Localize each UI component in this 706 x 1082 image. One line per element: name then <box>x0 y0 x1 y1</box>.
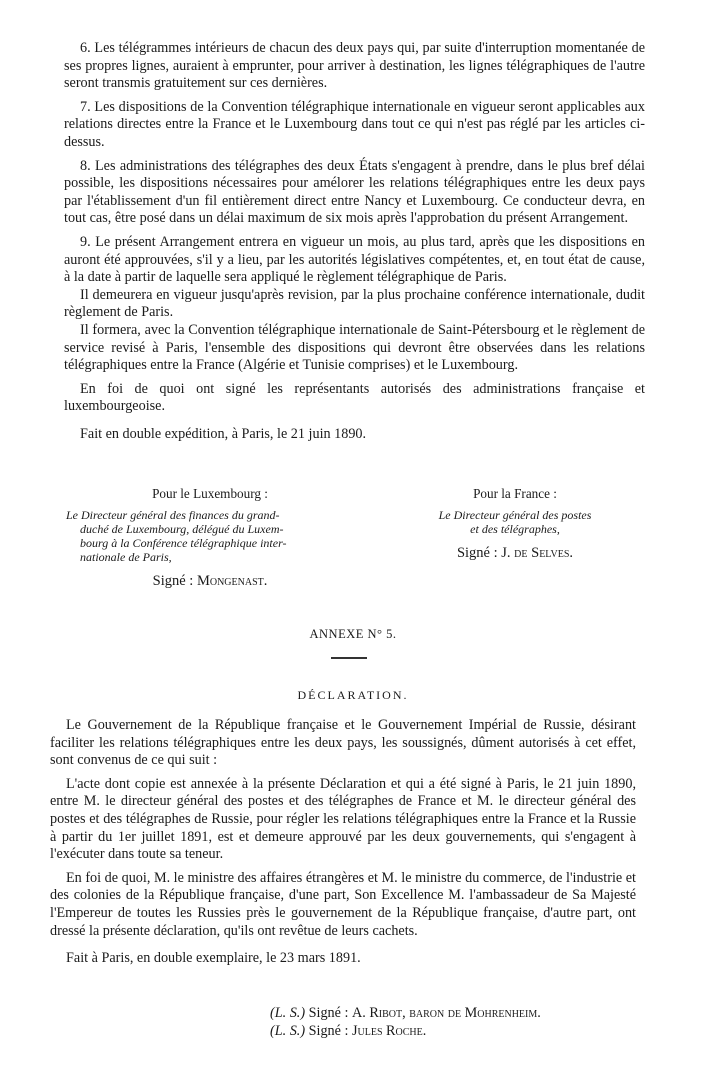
annex-title: ANNEXE N° 5. <box>0 627 706 642</box>
seal-mark: (L. S.) <box>270 1005 305 1021</box>
signatory-role: Le Directeur général des postes et des t… <box>410 508 620 536</box>
signer-name: Mongenast. <box>197 573 267 589</box>
signatory-heading: Pour la France : <box>410 486 620 502</box>
article-number: 6. <box>80 40 91 56</box>
witness-clause: En foi de quoi ont signé les représentan… <box>64 381 645 416</box>
article-text: Les dispositions de la Convention télégr… <box>64 99 645 150</box>
article-text: Le présent Arrangement entrera en vigueu… <box>64 234 645 285</box>
declaration-paragraph: Le Gouvernement de la République françai… <box>50 717 636 770</box>
article-number: 8. <box>80 158 91 174</box>
article-9-continuation-2: Il formera, avec la Convention télégraph… <box>64 322 645 375</box>
seal-signature: (L. S.) Signé : Jules Roche. <box>270 1022 541 1040</box>
article-8: 8. Les administrations des télégraphes d… <box>64 158 645 228</box>
article-9-continuation-1: Il demeurera en vigueur jusqu'après revi… <box>64 287 645 322</box>
seal-mark: (L. S.) <box>270 1023 305 1039</box>
signatory-france: Pour la France : Le Directeur général de… <box>410 486 620 562</box>
article-number: 7. <box>80 99 91 115</box>
done-at: Fait en double expédition, à Paris, le 2… <box>64 426 645 444</box>
divider-rule <box>331 657 367 659</box>
declaration-title: DÉCLARATION. <box>0 688 706 703</box>
signer-name: Jules Roche. <box>352 1023 426 1039</box>
seal-signature: (L. S.) Signé : A. Ribot, baron de Mohre… <box>270 1004 541 1022</box>
signatures-1890: Pour le Luxembourg : Le Directeur généra… <box>0 486 706 596</box>
document-page: 6. Les télégrammes intérieurs de chacun … <box>0 0 706 1082</box>
signer-name: J. de Selves. <box>501 545 573 561</box>
article-text: Les télégrammes intérieurs de chacun des… <box>64 40 645 91</box>
article-7: 7. Les dispositions de la Convention tél… <box>64 99 645 152</box>
signatory-luxembourg: Pour le Luxembourg : Le Directeur généra… <box>60 486 360 590</box>
signer-name: A. Ribot, baron de Mohrenheim. <box>352 1005 541 1021</box>
article-number: 9. <box>80 234 91 250</box>
signatory-role: Le Directeur général des finances du gra… <box>60 508 360 564</box>
signatory-heading: Pour le Luxembourg : <box>60 486 360 502</box>
article-6: 6. Les télégrammes intérieurs de chacun … <box>64 40 645 93</box>
signed-line: Signé : Mongenast. <box>60 572 360 590</box>
declaration-paragraph: L'acte dont copie est annexée à la prése… <box>50 776 636 864</box>
signed-line: Signé : J. de Selves. <box>410 544 620 562</box>
article-9: 9. Le présent Arrangement entrera en vig… <box>64 234 645 287</box>
article-text: Les administrations des télégraphes des … <box>64 158 645 227</box>
declaration-body: Le Gouvernement de la République françai… <box>50 717 636 968</box>
arrangement-articles: 6. Les télégrammes intérieurs de chacun … <box>64 40 645 443</box>
declaration-done-at: Fait à Paris, en double exemplaire, le 2… <box>50 950 636 968</box>
declaration-signatures: (L. S.) Signé : A. Ribot, baron de Mohre… <box>270 1004 541 1040</box>
declaration-paragraph: En foi de quoi, M. le ministre des affai… <box>50 870 636 940</box>
